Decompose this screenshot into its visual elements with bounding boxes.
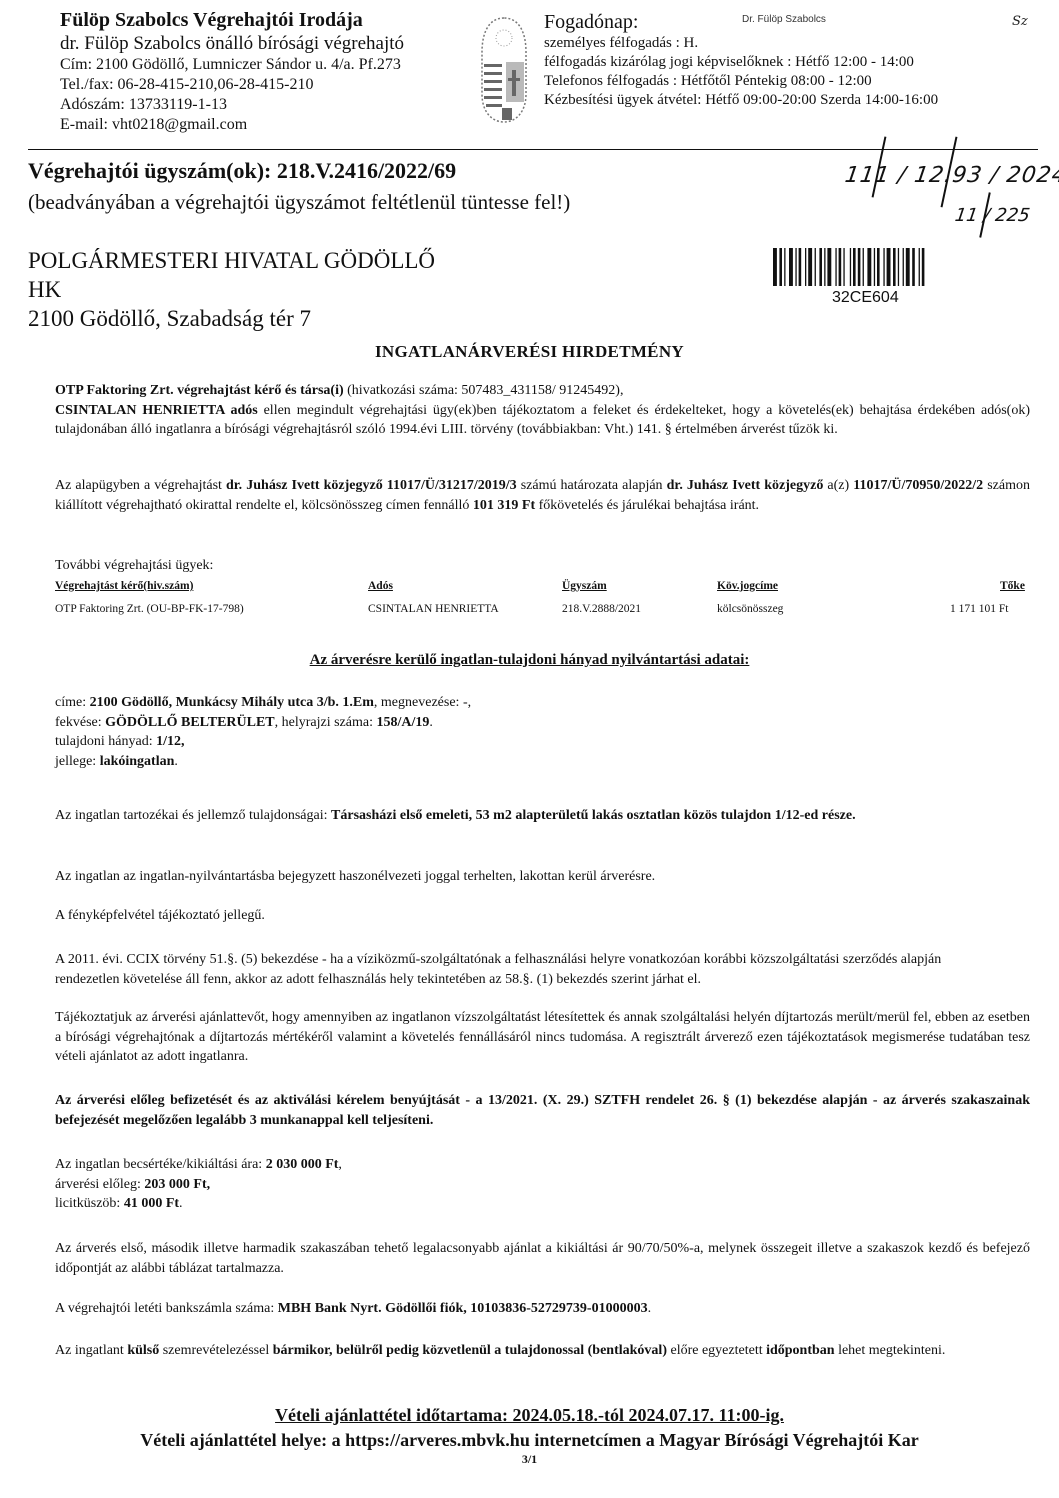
document-title: INGATLANÁRVERÉSI HIRDETMÉNY	[0, 342, 1059, 362]
bidding-period: Vételi ajánlattétel időtartama: 2024.05.…	[0, 1405, 1059, 1426]
reception-line: Telefonos félfogadás : Hétfőtől Péntekig…	[544, 72, 938, 91]
text: bármikor, belülről pedig közvetlenül a t…	[273, 1343, 667, 1358]
basis-notary: dr. Juhász Ivett közjegyző	[667, 478, 824, 493]
water-notice-2: Tájékoztatjuk az árverési ajánlattevőt, …	[55, 1008, 1030, 1067]
label: , megnevezése:	[374, 695, 463, 710]
barcode-id: 32CE604	[832, 289, 899, 307]
debtor-label: adós	[225, 403, 258, 418]
label: címe:	[55, 695, 90, 710]
encumbrance-note: Az ingatlan az ingatlan-nyilvántartásba …	[55, 867, 1030, 887]
label: licitküszöb:	[55, 1196, 124, 1211]
label: Az ingatlan tartozékai és jellemző tulaj…	[55, 808, 331, 823]
case-number: Végrehajtói ügyszám(ok): 218.V.2416/2022…	[28, 158, 456, 184]
issuer-block: Fülöp Szabolcs Végrehajtói Irodája dr. F…	[60, 8, 404, 135]
addressee-name: POLGÁRMESTERI HIVATAL GÖDÖLLŐ	[28, 246, 435, 275]
property-address: 2100 Gödöllő, Munkácsy Mihály utca 3/b. …	[90, 695, 374, 710]
reception-line: Kézbesítési ügyek átvétel: Hétfő 09:00-2…	[544, 91, 938, 110]
electronic-stamp: Dr. Fülöp Szabolcs	[742, 14, 826, 25]
table-header: Adós	[368, 580, 393, 592]
office-name: Fülöp Szabolcs Végrehajtói Irodája	[60, 8, 404, 32]
bank-account-value: MBH Bank Nyrt. Gödöllői fiók, 10103836-5…	[278, 1301, 648, 1316]
coat-of-arms-icon	[478, 14, 530, 126]
deposit-notice: Az árverési előleg befizetését és az akt…	[55, 1091, 1030, 1130]
label: , helyrajzi száma:	[275, 715, 377, 730]
basis-paragraph: Az alapügyben a végrehajtást dr. Juhász …	[55, 476, 1030, 515]
basis-text: főkövetelés és járulékai behajtása iránt…	[535, 498, 759, 513]
property-section-title: Az árverésre kerülő ingatlan-tulajdoni h…	[0, 652, 1059, 669]
features-value: Társasházi első emeleti, 53 m2 alapterül…	[331, 808, 856, 823]
water-notice-1: A 2011. évi. CCIX törvény 51.§. (5) beke…	[55, 950, 995, 989]
table-cell: 218.V.2888/2021	[562, 603, 641, 615]
bidding-place[interactable]: Vételi ajánlattétel helye: a https://arv…	[0, 1430, 1059, 1451]
creditor-ref: (hivatkozási száma: 507483_431158/ 91245…	[344, 383, 624, 398]
label: tulajdoni hányad:	[55, 734, 156, 749]
handwritten-subnumber: 11 / 225	[954, 205, 1032, 226]
text: előre egyeztetett	[667, 1343, 766, 1358]
text: lehet megtekinteni.	[835, 1343, 946, 1358]
case-number-note: (beadványában a végrehajtói ügyszámot fe…	[28, 190, 570, 215]
property-location: GÖDÖLLŐ BELTERÜLET	[105, 715, 274, 730]
basis-text: számú határozata alapján	[517, 478, 667, 493]
bank-account: A végrehajtói letéti bankszámla száma: M…	[55, 1299, 1030, 1319]
label: fekvése:	[55, 715, 105, 730]
label: árverési előleg:	[55, 1177, 144, 1192]
property-type: lakóingatlan	[100, 754, 175, 769]
issuer-address: Cím: 2100 Gödöllő, Lumniczer Sándor u. 4…	[60, 55, 404, 75]
estimate-price: 2 030 000 Ft	[266, 1157, 339, 1172]
intro-paragraph: OTP Faktoring Zrt. végrehajtást kérő és …	[55, 381, 1030, 440]
addressee-address: 2100 Gödöllő, Szabadság tér 7	[28, 304, 435, 333]
other-cases-label: További végrehajtási ügyek:	[55, 558, 213, 574]
property-data: címe: 2100 Gödöllő, Munkácsy Mihály utca…	[55, 693, 1030, 771]
table-cell: 1 171 101 Ft	[950, 603, 1008, 615]
reception-hours: Fogadónap: személyes félfogadás : H. fél…	[544, 10, 938, 110]
table-header: Végrehajtást kérő(hiv.szám)	[55, 580, 193, 592]
label: A végrehajtói letéti bankszámla száma:	[55, 1301, 278, 1316]
property-share: 1/12,	[156, 734, 184, 749]
addressee-block: POLGÁRMESTERI HIVATAL GÖDÖLLŐ HK 2100 Gö…	[28, 246, 435, 333]
creditor: OTP Faktoring Zrt. végrehajtást kérő és …	[55, 383, 344, 398]
deposit-amount: 203 000 Ft,	[144, 1177, 210, 1192]
text: szemrevételezéssel	[159, 1343, 273, 1358]
issuer-phone: Tel./fax: 06-28-415-210,06-28-415-210	[60, 75, 404, 95]
label: Az ingatlan becsértéke/kikiáltási ára:	[55, 1157, 266, 1172]
property-parcel: 158/A/19	[376, 715, 429, 730]
viewing-note: Az ingatlant külső szemrevételezéssel bá…	[55, 1341, 1030, 1361]
property-features: Az ingatlan tartozékai és jellemző tulaj…	[55, 806, 1030, 826]
table-cell: CSINTALAN HENRIETTA	[368, 603, 499, 615]
issuer-email[interactable]: E-mail: vht0218@gmail.com	[60, 115, 404, 135]
issuer-tax-id: Adószám: 13733119-1-13	[60, 95, 404, 115]
photo-note: A fényképfelvétel tájékoztató jellegű.	[55, 906, 1030, 926]
page-number: 3/1	[0, 1452, 1059, 1467]
property-name: -,	[463, 695, 471, 710]
table-cell: kölcsönösszeg	[717, 603, 783, 615]
text: külső	[127, 1343, 159, 1358]
table-header: Ügyszám	[562, 580, 607, 592]
basis-text: Az alapügyben a végrehajtást	[55, 478, 226, 493]
price-block: Az ingatlan becsértéke/kikiáltási ára: 2…	[55, 1155, 1030, 1214]
text: időpontban	[766, 1343, 834, 1358]
text: Az ingatlant	[55, 1343, 127, 1358]
debtor: CSINTALAN HENRIETTA	[55, 403, 225, 418]
principal-amount: 101 319 Ft	[473, 498, 535, 513]
reception-line: félfogadás kizárólag jogi képviselőknek …	[544, 53, 938, 72]
signature: Sz	[1012, 14, 1028, 29]
bid-step: 41 000 Ft	[124, 1196, 179, 1211]
table-header: Köv.jogcíme	[717, 580, 778, 592]
stages-note: Az árverés első, második illetve harmadi…	[55, 1239, 1030, 1278]
barcode-icon	[773, 248, 980, 286]
basis-deed: 11017/Ü/70950/2022/2	[853, 478, 983, 493]
header-divider	[28, 149, 1038, 150]
label: jellege:	[55, 754, 100, 769]
addressee-line2: HK	[28, 275, 435, 304]
table-cell: OTP Faktoring Zrt. (OU-BP-FK-17-798)	[55, 603, 244, 615]
table-header: Tőke	[1000, 580, 1025, 592]
basis-text: a(z)	[823, 478, 853, 493]
reception-line: személyes félfogadás : H.	[544, 34, 938, 53]
basis-decision: dr. Juhász Ivett közjegyző 11017/Ü/31217…	[226, 478, 517, 493]
executor-name: dr. Fülöp Szabolcs önálló bírósági végre…	[60, 32, 404, 55]
